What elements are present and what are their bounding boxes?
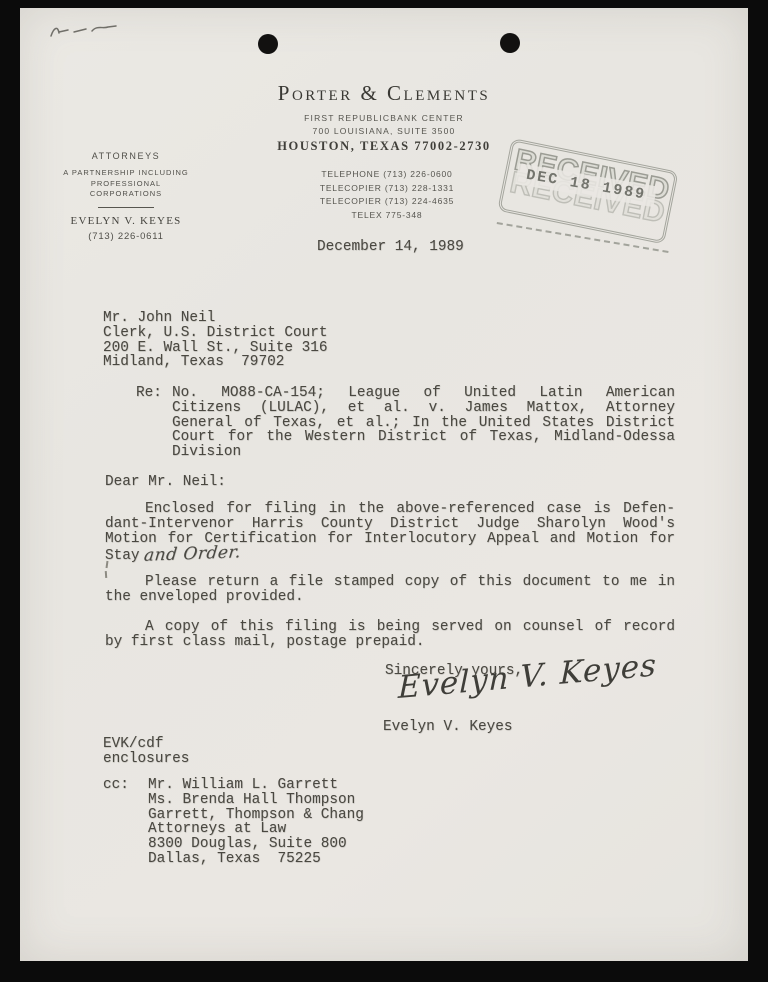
text-line: Enclosed for filing in the above-referen… xyxy=(105,502,675,517)
signer-typed-name: Evelyn V. Keyes xyxy=(383,720,513,735)
text-line: the enveloped provided. xyxy=(105,590,675,605)
text-line: Citizens (LULAC), et al. v. James Mattox… xyxy=(172,401,675,416)
typed-word-stay: Stay xyxy=(105,549,140,564)
letterhead-street: 700 LOUISIANA, SUITE 3500 xyxy=(214,125,554,138)
text-line: TELEX 775-348 xyxy=(287,209,487,223)
attorney-phone: (713) 226-0611 xyxy=(56,231,196,243)
letterhead: Porter & Clements FIRST REPUBLICBANK CEN… xyxy=(214,82,554,154)
partnership-line-1: A PARTNERSHIP INCLUDING xyxy=(56,168,196,178)
attorneys-label: ATTORNEYS xyxy=(56,151,196,162)
text-line: Court for the Western District of Texas,… xyxy=(172,430,675,445)
text-line: TELECOPIER (713) 224-4635 xyxy=(287,195,487,209)
text-line: No. MO88-CA-154; League of United Latin … xyxy=(172,386,675,401)
letterhead-city: HOUSTON, TEXAS 77002-2730 xyxy=(214,139,554,154)
re-label: Re: xyxy=(136,386,162,401)
salutation: Dear Mr. Neil: xyxy=(105,475,226,490)
text-line: 8300 Douglas, Suite 800 xyxy=(148,837,364,852)
cc-label: cc: xyxy=(103,778,129,793)
body-paragraph-1: Enclosed for filing in the above-referen… xyxy=(105,502,675,547)
attorney-side-block: ATTORNEYS A PARTNERSHIP INCLUDING PROFES… xyxy=(56,151,196,243)
attorney-name: EVELYN V. KEYES xyxy=(56,215,196,228)
text-line: by first class mail, postage prepaid. xyxy=(105,635,675,650)
text-line: Mr. William L. Garrett xyxy=(148,778,364,793)
firm-name: Porter & Clements xyxy=(214,82,554,104)
handwritten-and-order: and Order. xyxy=(143,545,242,563)
recipient-address: Mr. John NeilClerk, U.S. District Court2… xyxy=(103,311,328,370)
letter-date: December 14, 1989 xyxy=(317,240,464,255)
text-line: Dallas, Texas 75225 xyxy=(148,852,364,867)
scan-background: Porter & Clements FIRST REPUBLICBANK CEN… xyxy=(0,0,768,982)
text-line: A copy of this filing is being served on… xyxy=(105,620,675,635)
divider-rule xyxy=(98,207,154,208)
pen-scribble xyxy=(45,20,125,44)
text-line: Ms. Brenda Hall Thompson xyxy=(148,793,364,808)
re-subject-block: No. MO88-CA-154; League of United Latin … xyxy=(172,386,675,460)
contact-numbers-block: TELEPHONE (713) 226-0600TELECOPIER (713)… xyxy=(287,168,487,222)
text-line: Clerk, U.S. District Court xyxy=(103,326,328,341)
text-line: Please return a file stamped copy of thi… xyxy=(105,575,675,590)
text-line: Division xyxy=(172,445,675,460)
text-line: TELEPHONE (713) 226-0600 xyxy=(287,168,487,182)
body-paragraph-2: Please return a file stamped copy of thi… xyxy=(105,575,675,605)
text-line: Mr. John Neil xyxy=(103,311,328,326)
signature: Evelyn V. Keyes xyxy=(398,647,658,706)
punch-hole-left xyxy=(258,34,278,54)
text-line: dant-Intervenor Harris County District J… xyxy=(105,517,675,532)
body-paragraph-1-last-line: Stayand Order. xyxy=(105,547,241,564)
enclosures-note: enclosures xyxy=(103,752,189,767)
body-paragraph-3: A copy of this filing is being served on… xyxy=(105,620,675,650)
text-line: Attorneys at Law xyxy=(148,822,364,837)
punch-hole-right xyxy=(500,33,520,53)
text-line: Midland, Texas 79702 xyxy=(103,355,328,370)
stray-mark xyxy=(106,561,109,568)
text-line: TELECOPIER (713) 228-1331 xyxy=(287,182,487,196)
letterhead-building: FIRST REPUBLICBANK CENTER xyxy=(214,112,554,125)
letter-page: Porter & Clements FIRST REPUBLICBANK CEN… xyxy=(20,8,748,961)
cc-recipients: Mr. William L. GarrettMs. Brenda Hall Th… xyxy=(148,778,364,867)
partnership-line-2: PROFESSIONAL CORPORATIONS xyxy=(56,179,196,199)
reference-initials: EVK/cdf xyxy=(103,737,163,752)
